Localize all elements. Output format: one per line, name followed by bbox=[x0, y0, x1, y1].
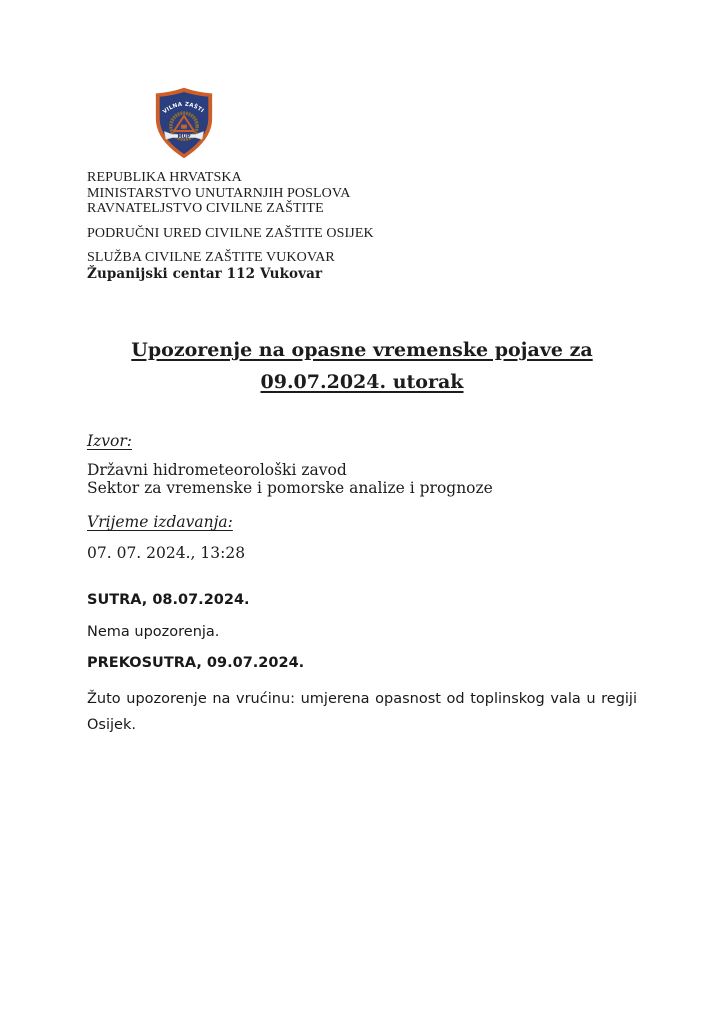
government-header: REPUBLIKA HRVATSKA MINISTARSTVO UNUTARNJ… bbox=[87, 170, 637, 217]
issue-time-label: Vrijeme izdavanja: bbox=[87, 513, 637, 531]
source-label: Izvor: bbox=[87, 432, 637, 450]
issue-time-value: 07. 07. 2024., 13:28 bbox=[87, 544, 637, 562]
warning-line-1: Žuto upozorenje na vrućinu: umjerena opa… bbox=[87, 686, 637, 712]
header-line-republic: REPUBLIKA HRVATSKA bbox=[87, 170, 637, 186]
source-body: Državni hidrometeorološki zavod Sektor z… bbox=[87, 462, 637, 497]
civil-protection-badge: CIVILNA ZAŠTITA MUP bbox=[152, 86, 216, 160]
tomorrow-heading: SUTRA, 08.07.2024. bbox=[87, 592, 637, 608]
day-after-warning-paragraph: Žuto upozorenje na vrućinu: umjerena opa… bbox=[87, 686, 637, 738]
title-line-1: Upozorenje na opasne vremenske pojave za bbox=[87, 334, 637, 366]
source-line-sector: Sektor za vremenske i pomorske analize i… bbox=[87, 480, 637, 498]
badge-banner-text: MUP bbox=[178, 134, 191, 140]
shield-badge-icon: CIVILNA ZAŠTITA MUP bbox=[152, 86, 216, 160]
service-block: SLUŽBA CIVILNE ZAŠTITE VUKOVAR Županijsk… bbox=[87, 250, 637, 282]
tomorrow-warning-text: Nema upozorenja. bbox=[87, 624, 637, 640]
regional-office-line: PODRUČNI URED CIVILNE ZAŠTITE OSIJEK bbox=[87, 226, 637, 242]
title-line-2: 09.07.2024. utorak bbox=[87, 366, 637, 398]
document-title: Upozorenje na opasne vremenske pojave za… bbox=[87, 334, 637, 398]
header-line-ministry: MINISTARSTVO UNUTARNJIH POSLOVA bbox=[87, 186, 637, 202]
document-page: CIVILNA ZAŠTITA MUP REPUBLIKA HRVATSKA M… bbox=[0, 0, 724, 1024]
source-line-institute: Državni hidrometeorološki zavod bbox=[87, 462, 637, 480]
warning-line-2: Osijek. bbox=[87, 712, 637, 738]
day-after-tomorrow-heading: PREKOSUTRA, 09.07.2024. bbox=[87, 655, 637, 671]
county-center-line: Županijski centar 112 Vukovar bbox=[87, 266, 637, 282]
header-line-directorate: RAVNATELJSTVO CIVILNE ZAŠTITE bbox=[87, 201, 637, 217]
service-line: SLUŽBA CIVILNE ZAŠTITE VUKOVAR bbox=[87, 250, 637, 266]
triangle-center-mark bbox=[181, 125, 187, 129]
